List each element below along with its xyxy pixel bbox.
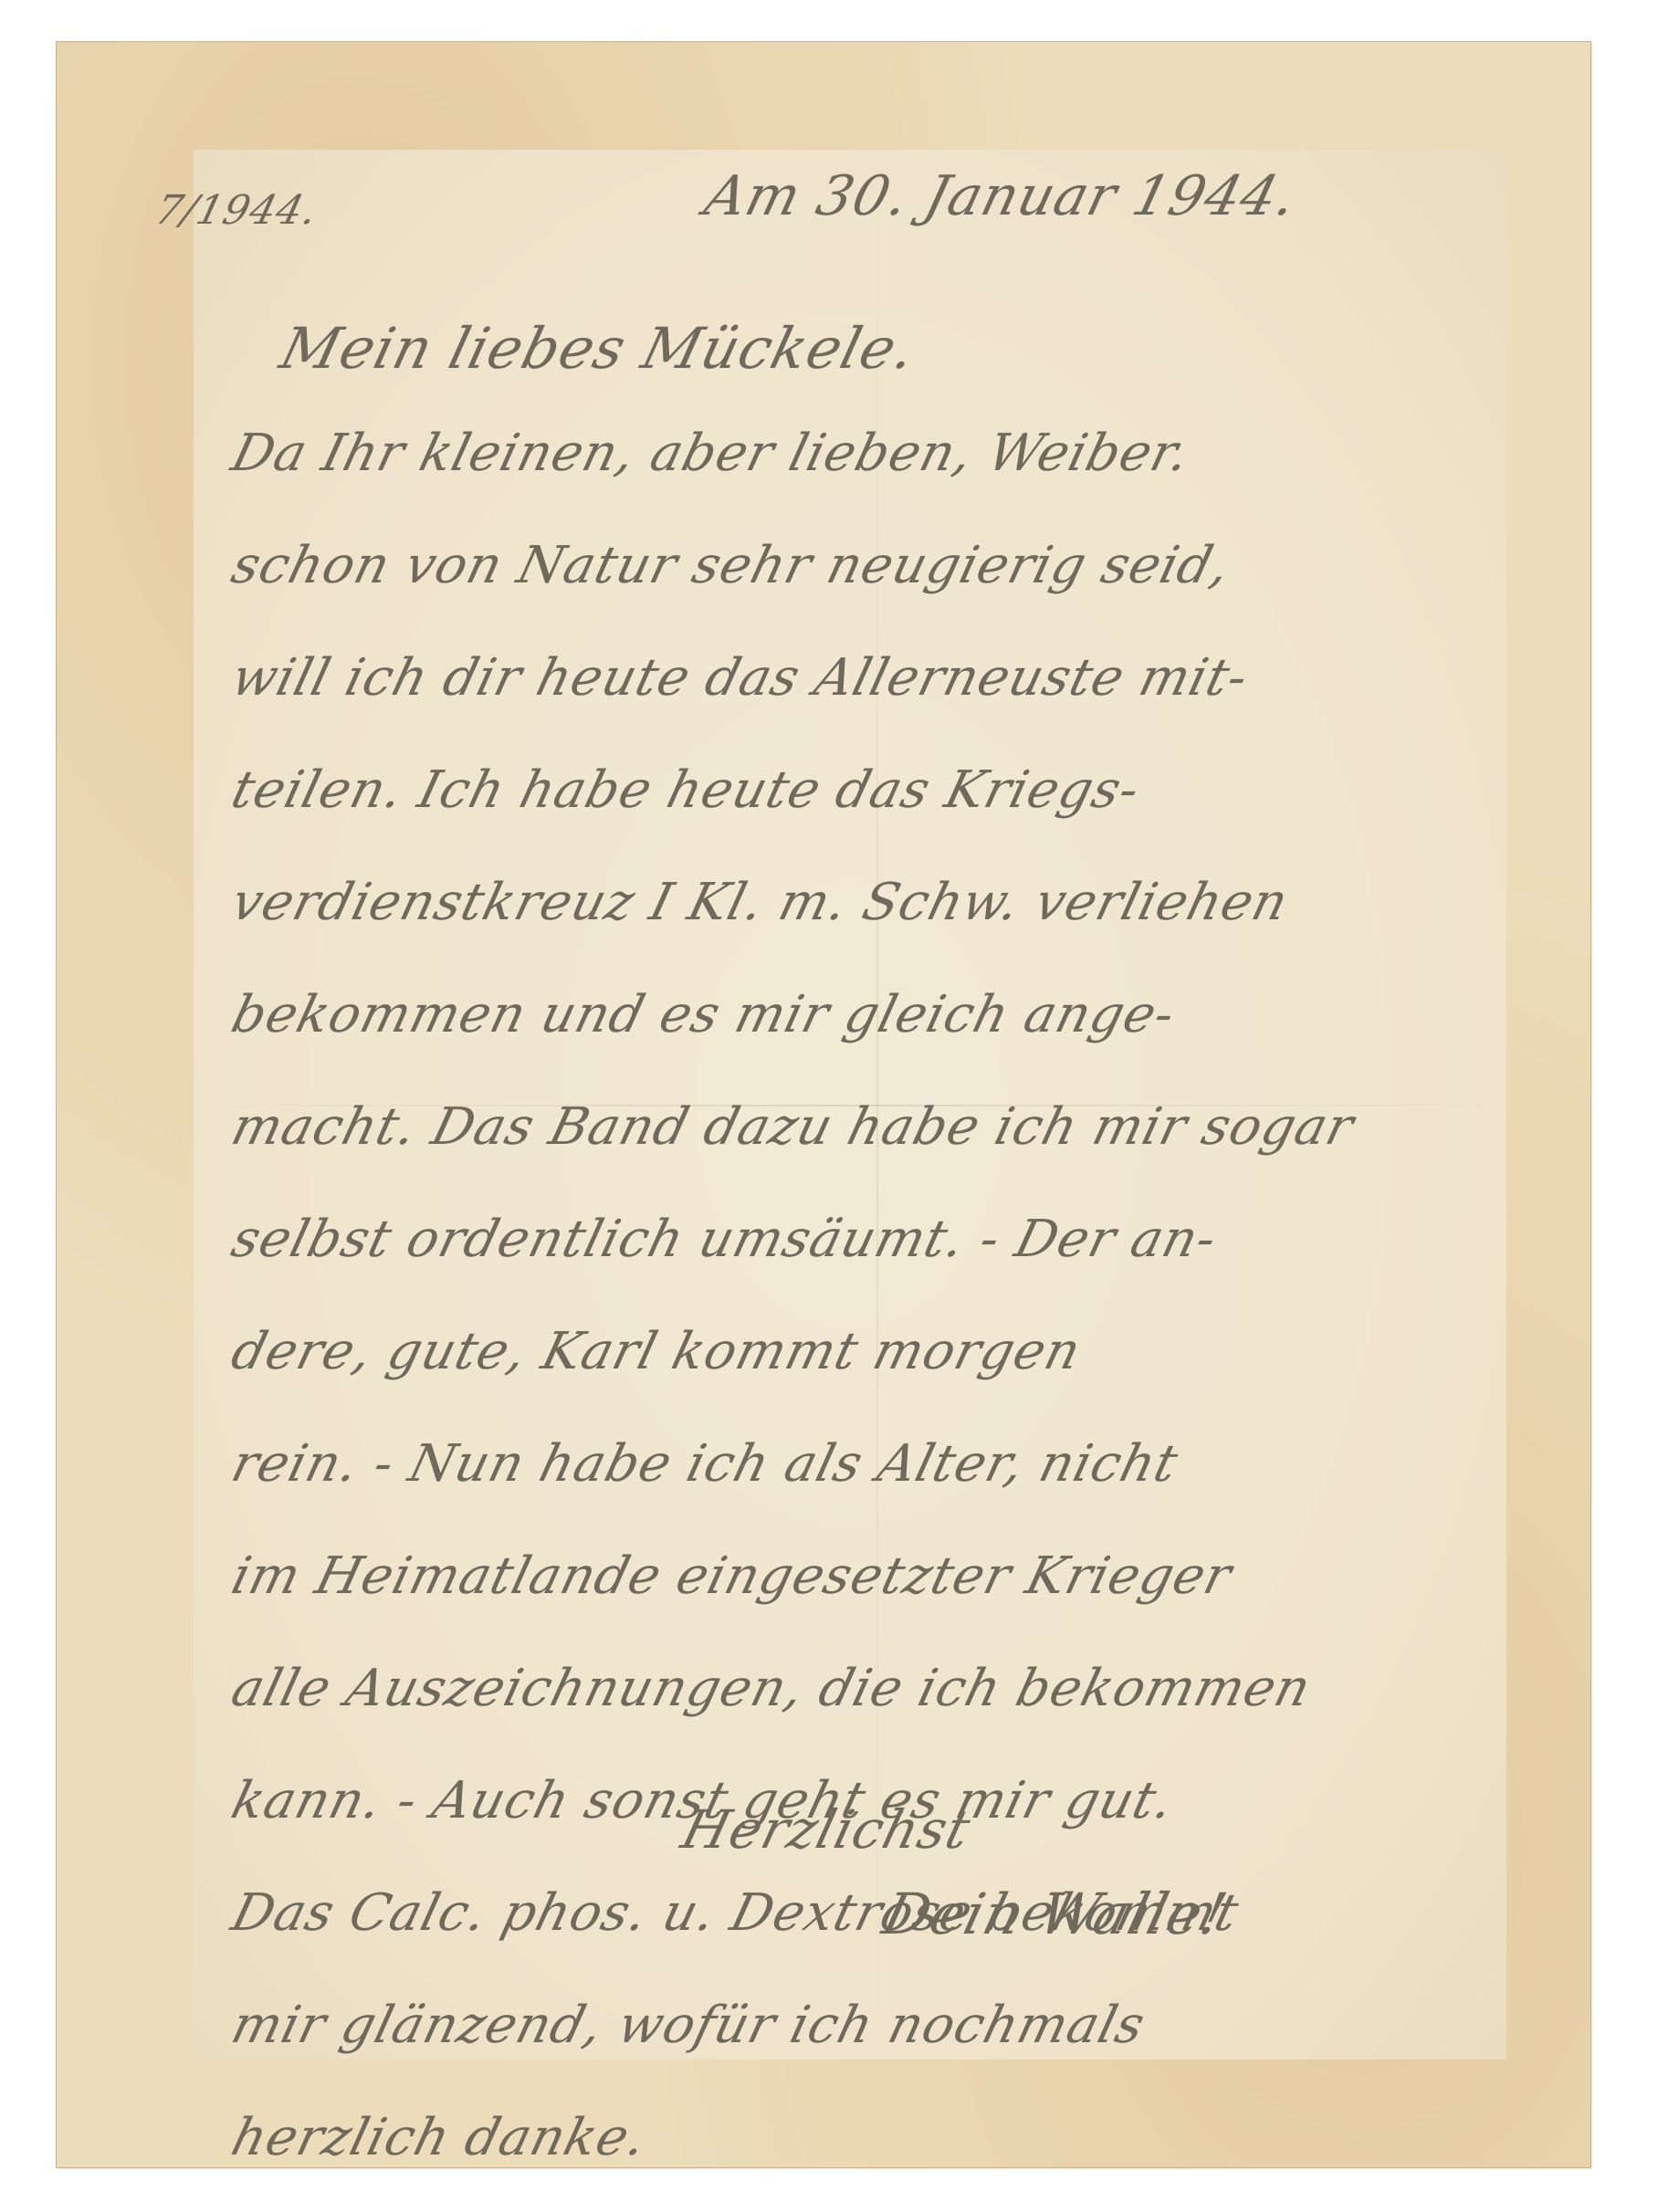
body-line: Da Ihr kleinen, aber lieben, Weiber. <box>219 397 1544 509</box>
letter-signature: Dein Walle! <box>876 1881 1234 1947</box>
body-line: verdienstkreuz I Kl. m. Schw. verliehen <box>219 846 1544 959</box>
body-line: selbst ordentlich umsäumt. - Der an- <box>219 1183 1544 1295</box>
letter-date: Am 30. Januar 1944. <box>698 164 1304 228</box>
body-line: Das Calc. phos. u. Dextrose bekommt <box>219 1857 1544 1969</box>
letter-body: Da Ihr kleinen, aber lieben, Weiber. sch… <box>219 397 1516 2194</box>
letter-salutation: Mein liebes Mückele. <box>274 315 923 382</box>
body-line: mir glänzend, wofür ich nochmals <box>219 1969 1544 2081</box>
body-line: rein. - Nun habe ich als Alter, nicht <box>219 1408 1544 1520</box>
body-line: dere, gute, Karl kommt morgen <box>219 1295 1544 1408</box>
body-line: teilen. Ich habe heute das Kriegs- <box>219 734 1544 846</box>
body-line: herzlich danke. <box>219 2081 1544 2194</box>
body-line: will ich dir heute das Allerneuste mit- <box>219 622 1544 734</box>
body-line: schon von Natur sehr neugierig seid, <box>219 509 1544 622</box>
body-line: macht. Das Band dazu habe ich mir sogar <box>219 1071 1544 1183</box>
letter-reference-number: 7/1944. <box>151 187 322 234</box>
body-line: bekommen und es mir gleich ange- <box>219 959 1544 1071</box>
body-line: im Heimatlande eingesetzter Krieger <box>219 1520 1544 1632</box>
letter-closing: Herzlichst <box>676 1798 977 1861</box>
body-line: alle Auszeichnungen, die ich bekommen <box>219 1632 1544 1745</box>
